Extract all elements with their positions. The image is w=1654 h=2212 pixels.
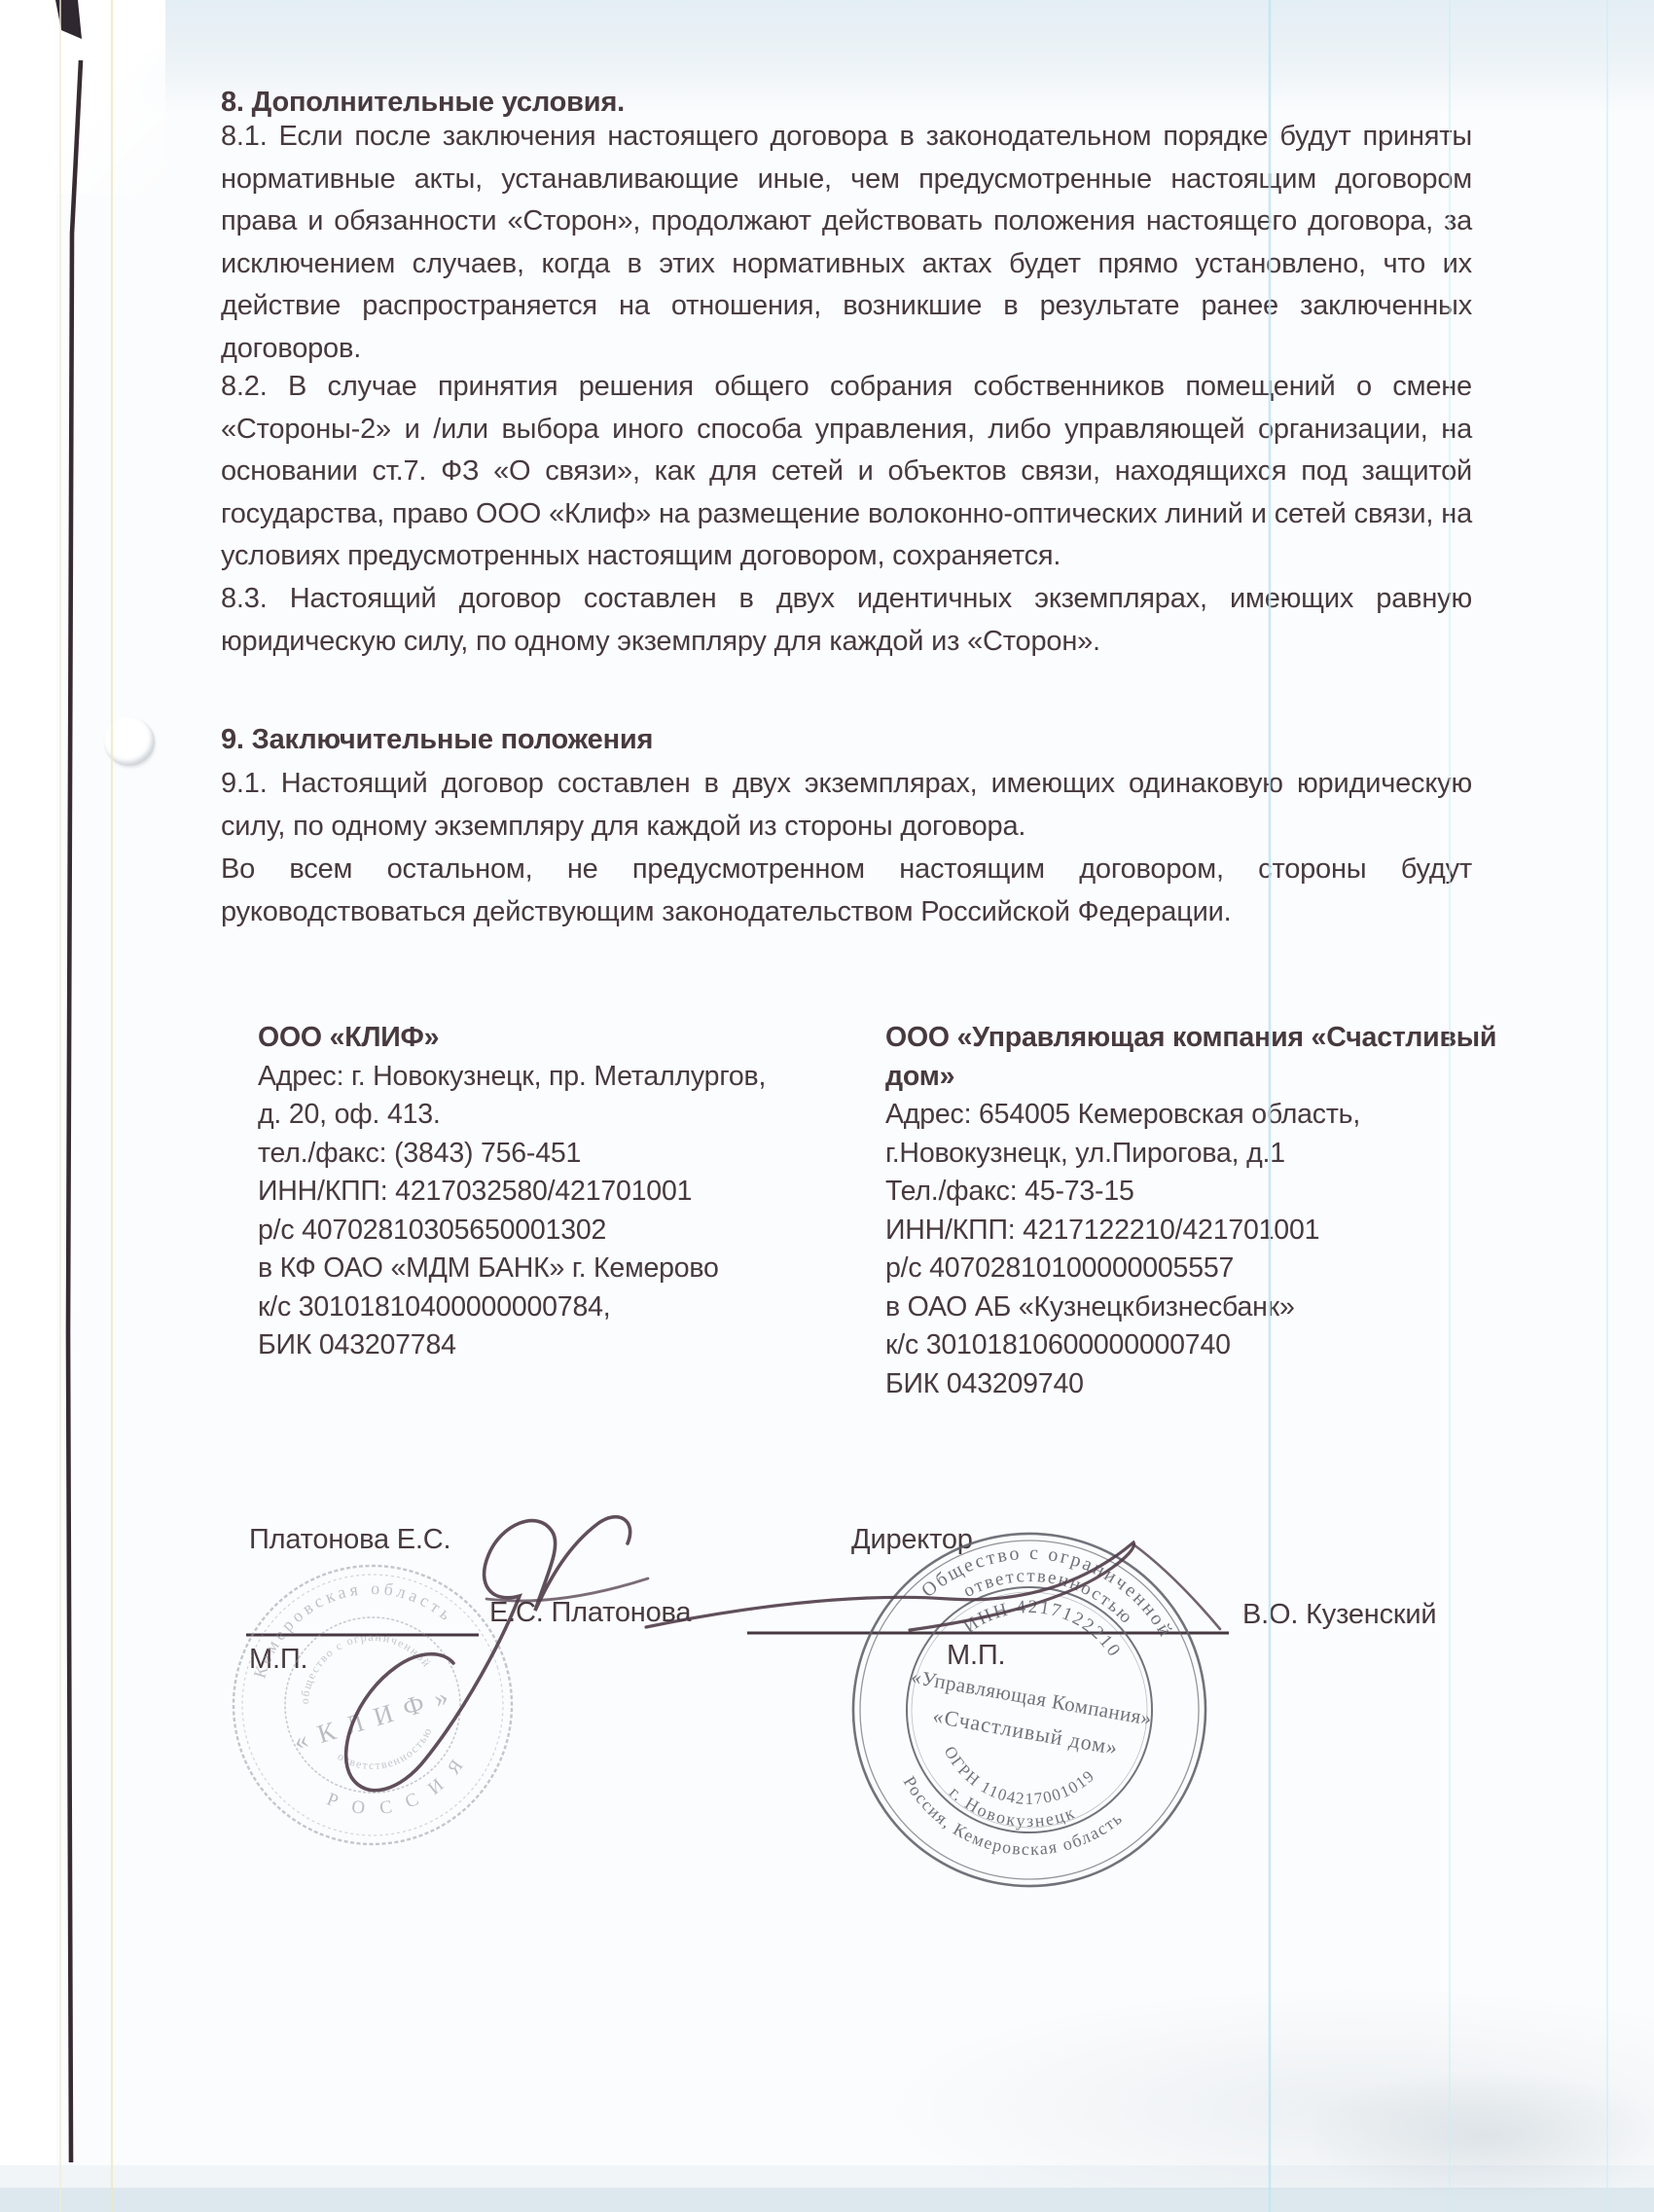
stamp-right-ogrn-text: ОГРН 1104217001019 — [933, 1741, 1100, 1821]
scan-edge-line — [68, 60, 81, 2162]
stamp-right-country-text: Россия, Кемеровская область — [890, 1770, 1129, 1876]
party-right-inn-kpp: ИНН/КПП: 4217122210/421701001 — [885, 1212, 1500, 1251]
party-right-corr-account: к/с 30101810600000000740 — [885, 1326, 1500, 1365]
stamp-outer-ring — [825, 1505, 1233, 1913]
party-right-address-line: г.Новокузнецк, ул.Пирогова, д.1 — [885, 1135, 1500, 1174]
signature-scribble-left — [346, 1517, 630, 1791]
section-9-heading: 9. Заключительные положения — [221, 719, 653, 762]
handwritten-signatures — [346, 1517, 1220, 1791]
party-left-requisites: ООО «КЛИФ» Адрес: г. Новокузнецк, пр. Ме… — [258, 1019, 842, 1365]
party-right-account: р/с 40702810100000005557 — [885, 1250, 1500, 1288]
party-right-name: ООО «Управляющая компания «Счастливый до… — [885, 1019, 1500, 1096]
party-left-bik: БИК 043207784 — [258, 1326, 842, 1365]
party-left-corr-account: к/с 30101810400000000784, — [258, 1288, 842, 1327]
party-right-address-line: Адрес: 654005 Кемеровская область, — [885, 1096, 1500, 1135]
stamp-inner-ring — [264, 1596, 483, 1815]
scan-noise-blotch — [1313, 2073, 1654, 2199]
scan-left-margin — [0, 0, 56, 2212]
clause-8-2: 8.2. В случае принятия решения общего со… — [221, 366, 1472, 578]
klif-round-stamp: Кемеровская область Р О С С И Я общество… — [198, 1531, 546, 1878]
clause-8-1: 8.1. Если после заключения настоящего до… — [221, 116, 1472, 370]
stamp-left-country-text: Р О С С И Я — [319, 1748, 480, 1836]
stamp-inner-ring — [893, 1574, 1166, 1846]
svg-text:ОГРН 1104217001019: ОГРН 1104217001019 — [933, 1741, 1100, 1821]
seal-note-left: М.П. — [249, 1642, 307, 1677]
party-left-address-line: д. 20, оф. 413. — [258, 1096, 842, 1135]
seal-note-right: М.П. — [947, 1638, 1005, 1673]
stamp-left-llc-text-bottom: ответственностью — [333, 1722, 443, 1785]
party-right-requisites: ООО «Управляющая компания «Счастливый до… — [885, 1019, 1500, 1403]
stamp-right-company-line1: «Управляющая Компания» — [910, 1665, 1154, 1730]
signature-tail-right — [1133, 1544, 1220, 1629]
party-left-bank: в КФ ОАО «МДМ БАНК» г. Кемерово — [258, 1250, 842, 1288]
svg-text:ответственностью: ответственностью — [957, 1552, 1143, 1631]
stamp-right-city-text: г. Новокузнецк — [942, 1781, 1081, 1841]
clause-9-2: Во всем остальном, не предусмотренном на… — [221, 849, 1472, 933]
svg-text:Россия, Кемеровская область: Россия, Кемеровская область — [890, 1770, 1129, 1876]
stamp-ring — [210, 1542, 536, 1868]
party-right-bank: в ОАО АБ «Кузнецкбизнесбанк» — [885, 1288, 1500, 1327]
clause-9-1: 9.1. Настоящий договор составлен в двух … — [221, 763, 1472, 848]
stamp-outer-ring — [198, 1531, 546, 1878]
stamp-right-llc-text-inner: ответственностью — [957, 1552, 1143, 1631]
punch-hole — [104, 717, 155, 766]
scan-topleft-light — [0, 0, 165, 195]
signer-right-name-line: В.О. Кузенский — [1242, 1597, 1436, 1632]
svg-text:г. Новокузнецк: г. Новокузнецк — [942, 1781, 1081, 1841]
svg-text:Р О С С И Я: Р О С С И Я — [319, 1748, 480, 1836]
signer-left-name-top: Платонова Е.С. — [249, 1522, 450, 1557]
stamp-ring — [833, 1513, 1225, 1905]
signer-right-title: Директор — [851, 1522, 973, 1557]
signer-left-name-line: Е.С. Платонова — [489, 1595, 691, 1630]
party-right-phone: Тел./факс: 45-73-15 — [885, 1173, 1500, 1212]
party-left-phone: тел./факс: (3843) 756-451 — [258, 1135, 842, 1174]
party-left-account: р/с 40702810305650001302 — [258, 1212, 842, 1251]
party-right-bik: БИК 043209740 — [885, 1365, 1500, 1404]
stamp-right-company-line2: «Счастливый дом» — [931, 1703, 1120, 1759]
party-left-address-line: Адрес: г. Новокузнецк, пр. Металлургов, — [258, 1058, 842, 1097]
party-left-inn-kpp: ИНН/КПП: 4217032580/421701001 — [258, 1173, 842, 1212]
clause-8-3: 8.3. Настоящий договор составлен в двух … — [221, 578, 1472, 663]
party-left-name: ООО «КЛИФ» — [258, 1019, 842, 1058]
happy-home-round-stamp: Общество с ограниченной ответственностью… — [825, 1505, 1233, 1913]
stamp-left-company-name: «КЛИФ» — [290, 1678, 462, 1756]
stamp-middle-ring — [887, 1568, 1171, 1852]
svg-text:ответственностью: ответственностью — [333, 1722, 443, 1785]
scanned-contract-page: { "document": { "section8": { "heading":… — [0, 0, 1654, 2212]
